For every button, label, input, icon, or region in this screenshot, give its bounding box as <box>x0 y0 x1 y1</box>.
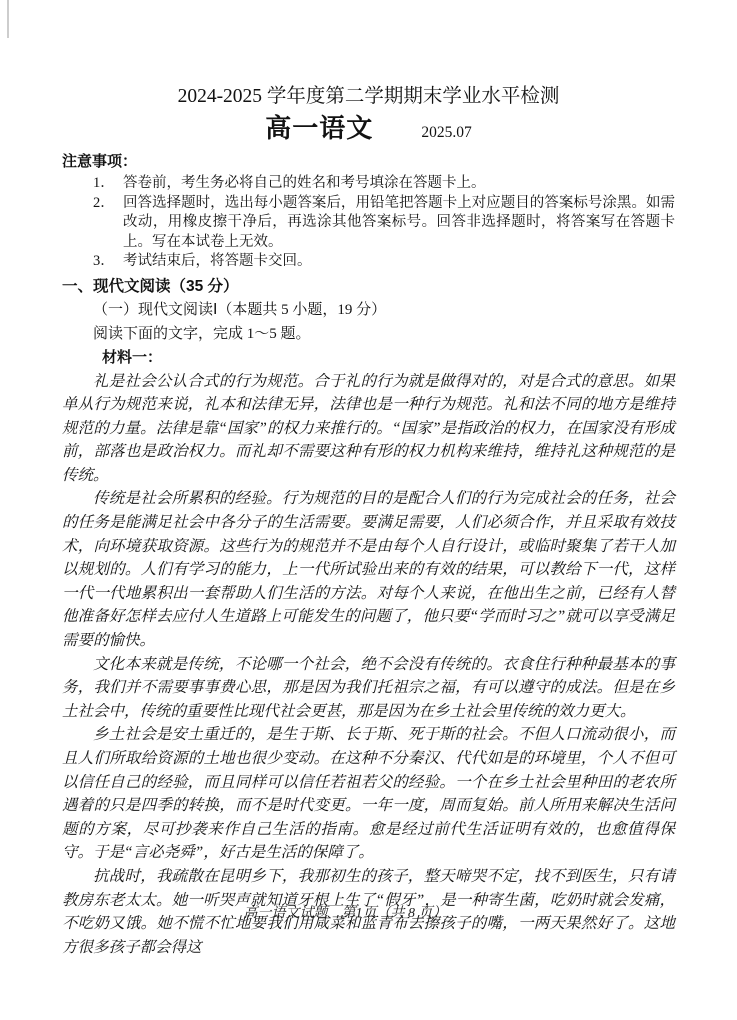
material-paragraph-4: 乡土社会是安土重迁的，是生于斯、长于斯、死于斯的社会。不但人口流动很小，而且人们… <box>62 723 675 865</box>
notice-item-3: 3．考试结束后，将答题卡交回。 <box>93 252 675 272</box>
material-paragraph-2: 传统是社会所累积的经验。行为规范的目的是配合人们的行为完成社会的任务，社会的任务… <box>62 487 675 652</box>
page-footer: 高一语文试题 第1页（共 8 页） <box>0 905 690 923</box>
scan-artifact <box>7 0 9 38</box>
notice-item-text: 回答选择题时，选出每小题答案后，用铅笔把答题卡上对应题目的答案标号涂黑。如需改动… <box>123 195 675 250</box>
notice-item-number: 2． <box>93 194 123 214</box>
notice-item-text: 答卷前，考生务必将自己的姓名和考号填涂在答题卡上。 <box>123 175 486 191</box>
subject-row: 高一语文 2025.07 <box>62 113 675 144</box>
material-one-text: 礼是社会公认合式的行为规范。合于礼的行为就是做得对的，对是合式的意思。如果单从行… <box>62 370 675 960</box>
exam-date: 2025.07 <box>421 124 471 141</box>
notice-item-number: 3． <box>93 252 123 272</box>
notice-item-text: 考试结束后，将答题卡交回。 <box>123 253 312 269</box>
section-heading: 一、现代文阅读（35 分） <box>62 275 675 298</box>
exam-title: 2024-2025 学年度第二学期期末学业水平检测 <box>62 86 675 108</box>
page-content: 2024-2025 学年度第二学期期末学业水平检测 高一语文 2025.07 注… <box>0 0 737 959</box>
material-paragraph-1: 礼是社会公认合式的行为规范。合于礼的行为就是做得对的，对是合式的意思。如果单从行… <box>62 370 675 488</box>
notice-label: 注意事项： <box>62 152 675 172</box>
notice-item-1: 1．答卷前，考生务必将自己的姓名和考号填涂在答题卡上。 <box>93 174 675 194</box>
material-one-label: 材料一： <box>102 346 675 369</box>
material-paragraph-3: 文化本来就是传统，不论哪一个社会，绝不会没有传统的。衣食住行种种最基本的事务，我… <box>62 653 675 724</box>
notice-item-number: 1． <box>93 174 123 194</box>
exam-paper-page: 2024-2025 学年度第二学期期末学业水平检测 高一语文 2025.07 注… <box>0 0 737 1020</box>
section-subheading: （一）现代文阅读Ⅰ（本题共 5 小题，19 分） <box>93 298 675 322</box>
notice-item-2: 2．回答选择题时，选出每小题答案后，用铅笔把答题卡上对应题目的答案标号涂黑。如需… <box>93 194 675 253</box>
notice-list: 1．答卷前，考生务必将自己的姓名和考号填涂在答题卡上。 2．回答选择题时，选出每… <box>62 174 675 272</box>
reading-instruction: 阅读下面的文字，完成 1～5 题。 <box>93 322 675 346</box>
subject-title: 高一语文 <box>265 113 373 143</box>
